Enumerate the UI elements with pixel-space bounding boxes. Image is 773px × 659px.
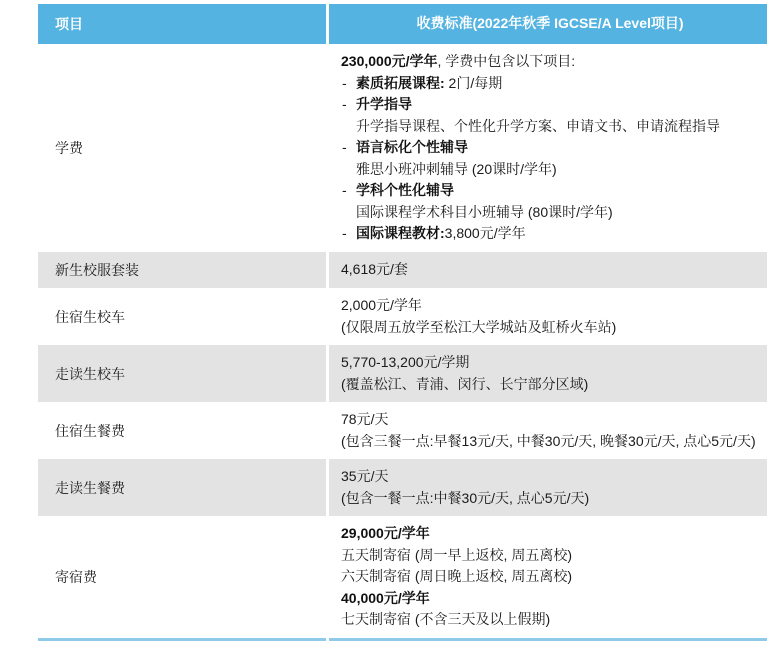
row-label: 住宿生餐费 xyxy=(38,402,326,459)
text-segment: 5,770-13,200元/学期 xyxy=(341,354,469,370)
content-line: 78元/天 xyxy=(341,409,759,431)
row-content: 5,770-13,200元/学期(覆盖松江、青浦、闵行、长宁部分区域) xyxy=(329,345,767,402)
content-line: -语言标化个性辅导 xyxy=(341,137,759,159)
text-segment: 雅思小班冲刺辅导 (20课时/学年) xyxy=(356,161,557,177)
row-content: 35元/天(包含一餐一点:中餐30元/天, 点心5元/天) xyxy=(329,459,767,516)
row-content: 78元/天(包含三餐一点:早餐13元/天, 中餐30元/天, 晚餐30元/天, … xyxy=(329,402,767,459)
table-row: 新生校服套装4,618元/套 xyxy=(38,252,767,288)
text-segment: 4,618元/套 xyxy=(341,261,408,277)
content-line: (包含一餐一点:中餐30元/天, 点心5元/天) xyxy=(341,488,759,510)
content-line: -学科个性化辅导 xyxy=(341,180,759,202)
fee-table-header-row: 项目 收费标准(2022年秋季 IGCSE/A Level项目) xyxy=(38,4,767,44)
bullet-dash: - xyxy=(342,223,347,245)
content-line: 5,770-13,200元/学期 xyxy=(341,352,759,374)
row-label: 住宿生校车 xyxy=(38,288,326,345)
fee-table-body: 学费230,000元/学年, 学费中包含以下项目:-素质拓展课程: 2门/每期-… xyxy=(38,44,767,641)
text-segment: 升学指导 xyxy=(356,96,412,112)
text-segment: 六天制寄宿 (周日晚上返校, 周五离校) xyxy=(341,568,572,584)
content-line: (仅限周五放学至松江大学城站及虹桥火车站) xyxy=(341,317,759,339)
content-line: (包含三餐一点:早餐13元/天, 中餐30元/天, 晚餐30元/天, 点心5元/… xyxy=(341,431,759,453)
row-label: 学费 xyxy=(38,44,326,252)
text-segment: 230,000元/学年 xyxy=(341,53,438,69)
content-line: 六天制寄宿 (周日晚上返校, 周五离校) xyxy=(341,566,759,588)
table-row: 住宿生餐费78元/天(包含三餐一点:早餐13元/天, 中餐30元/天, 晚餐30… xyxy=(38,402,767,459)
row-label: 寄宿费 xyxy=(38,516,326,641)
text-segment: 语言标化个性辅导 xyxy=(356,139,468,155)
content-line: 4,618元/套 xyxy=(341,259,759,281)
row-label: 走读生餐费 xyxy=(38,459,326,516)
text-segment: 学科个性化辅导 xyxy=(356,182,454,198)
content-line: 雅思小班冲刺辅导 (20课时/学年) xyxy=(341,159,759,181)
page: 项目 收费标准(2022年秋季 IGCSE/A Level项目) 学费230,0… xyxy=(0,0,773,659)
table-row: 学费230,000元/学年, 学费中包含以下项目:-素质拓展课程: 2门/每期-… xyxy=(38,44,767,252)
text-segment: (覆盖松江、青浦、闵行、长宁部分区域) xyxy=(341,376,588,392)
row-label: 走读生校车 xyxy=(38,345,326,402)
text-segment: 国际课程学术科目小班辅导 (80课时/学年) xyxy=(356,204,613,220)
text-segment: 素质拓展课程: xyxy=(356,75,445,91)
row-content: 29,000元/学年五天制寄宿 (周一早上返校, 周五离校)六天制寄宿 (周日晚… xyxy=(329,516,767,641)
content-line: -国际课程教材:3,800元/学年 xyxy=(341,223,759,245)
table-row: 住宿生校车2,000元/学年(仅限周五放学至松江大学城站及虹桥火车站) xyxy=(38,288,767,345)
text-segment: (包含一餐一点:中餐30元/天, 点心5元/天) xyxy=(341,490,589,506)
table-row: 走读生餐费35元/天(包含一餐一点:中餐30元/天, 点心5元/天) xyxy=(38,459,767,516)
content-line: 升学指导课程、个性化升学方案、申请文书、申请流程指导 xyxy=(341,116,759,138)
text-segment: 78元/天 xyxy=(341,411,388,427)
bullet-dash: - xyxy=(342,137,347,159)
fee-table: 项目 收费标准(2022年秋季 IGCSE/A Level项目) 学费230,0… xyxy=(38,4,767,641)
row-content: 4,618元/套 xyxy=(329,252,767,288)
text-segment: 35元/天 xyxy=(341,468,388,484)
content-line: 七天制寄宿 (不含三天及以上假期) xyxy=(341,609,759,631)
text-segment: 2门/每期 xyxy=(445,75,503,91)
row-content: 230,000元/学年, 学费中包含以下项目:-素质拓展课程: 2门/每期-升学… xyxy=(329,44,767,252)
bullet-dash: - xyxy=(342,180,347,202)
text-segment: 29,000元/学年 xyxy=(341,525,430,541)
table-row: 走读生校车5,770-13,200元/学期(覆盖松江、青浦、闵行、长宁部分区域) xyxy=(38,345,767,402)
bullet-dash: - xyxy=(342,73,347,95)
row-label: 新生校服套装 xyxy=(38,252,326,288)
content-line: 230,000元/学年, 学费中包含以下项目: xyxy=(341,51,759,73)
content-line: 40,000元/学年 xyxy=(341,588,759,610)
header-col-fee-standard: 收费标准(2022年秋季 IGCSE/A Level项目) xyxy=(329,4,767,44)
text-segment: 3,800元/学年 xyxy=(445,225,526,241)
row-content: 2,000元/学年(仅限周五放学至松江大学城站及虹桥火车站) xyxy=(329,288,767,345)
text-segment: 七天制寄宿 (不含三天及以上假期) xyxy=(341,611,550,627)
content-line: 国际课程学术科目小班辅导 (80课时/学年) xyxy=(341,202,759,224)
content-line: 五天制寄宿 (周一早上返校, 周五离校) xyxy=(341,545,759,567)
table-row: 寄宿费29,000元/学年五天制寄宿 (周一早上返校, 周五离校)六天制寄宿 (… xyxy=(38,516,767,641)
text-segment: 五天制寄宿 (周一早上返校, 周五离校) xyxy=(341,547,572,563)
content-line: 2,000元/学年 xyxy=(341,295,759,317)
content-line: -素质拓展课程: 2门/每期 xyxy=(341,73,759,95)
content-line: 29,000元/学年 xyxy=(341,523,759,545)
content-line: 35元/天 xyxy=(341,466,759,488)
text-segment: 40,000元/学年 xyxy=(341,590,430,606)
content-line: -升学指导 xyxy=(341,94,759,116)
text-segment: 2,000元/学年 xyxy=(341,297,422,313)
text-segment: 国际课程教材: xyxy=(356,225,445,241)
header-col-item: 项目 xyxy=(38,4,326,44)
text-segment: , 学费中包含以下项目: xyxy=(438,53,576,69)
text-segment: 升学指导课程、个性化升学方案、申请文书、申请流程指导 xyxy=(356,118,720,134)
text-segment: (包含三餐一点:早餐13元/天, 中餐30元/天, 晚餐30元/天, 点心5元/… xyxy=(341,433,756,449)
content-line: (覆盖松江、青浦、闵行、长宁部分区域) xyxy=(341,374,759,396)
bullet-dash: - xyxy=(342,94,347,116)
text-segment: (仅限周五放学至松江大学城站及虹桥火车站) xyxy=(341,319,616,335)
